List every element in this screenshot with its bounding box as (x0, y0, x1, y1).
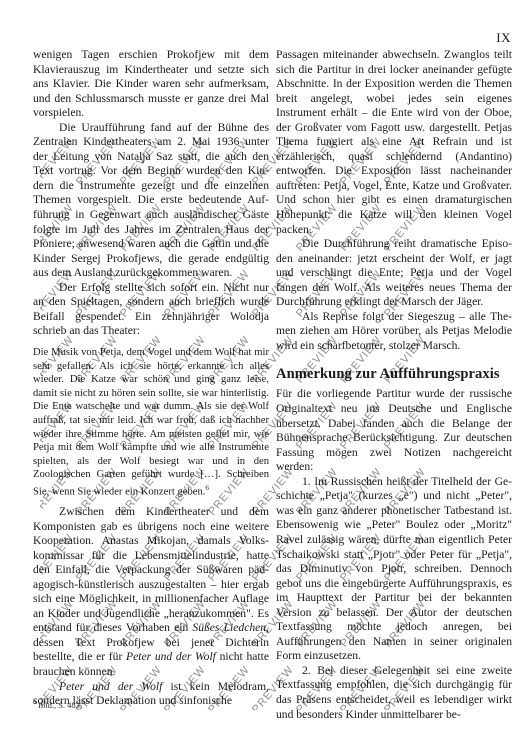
footnote-text: Ibid., S. 483. (36, 700, 82, 710)
body-paragraph: Die Durchführung reiht dramatische Episo… (276, 237, 512, 310)
block-quote: Die Musik von Petja, dem Vogel und dem W… (33, 346, 269, 499)
body-paragraph: Zwischen dem Kindertheater und dem Kompo… (33, 505, 269, 680)
body-paragraph: Die Uraufführung fand auf der Bühne des … (33, 121, 269, 281)
body-paragraph: Passagen miteinander abwechseln. Zwanglo… (276, 48, 512, 237)
body-paragraph: wenigen Tagen erschien Prokofjew mit dem… (33, 48, 269, 121)
work-title: Peter und der Wolf (126, 650, 216, 663)
body-paragraph: Der Erfolg stellte sich sofort ein. Nich… (33, 281, 269, 339)
text-run: Zwischen dem Kindertheater und dem Kompo… (33, 505, 269, 634)
body-paragraph: Als Reprise folgt der Siegeszug – alle T… (276, 310, 512, 354)
work-title: Peter und der Wolf (59, 680, 162, 693)
footnote: 6 Ibid., S. 483. (33, 700, 82, 710)
quote-text: Die Musik von Petja, dem Vogel und dem W… (33, 347, 269, 497)
body-paragraph: Für die vorliegende Partitur wurde der r… (276, 387, 512, 474)
work-title: Süßes Liedchen (192, 621, 266, 634)
right-column: Passagen miteinander abwechseln. Zwanglo… (276, 48, 512, 722)
section-heading: Anmerkung zur Aufführungspraxis (276, 365, 512, 383)
body-paragraph: 1. Im Russischen heißt der Titelheld der… (276, 475, 512, 664)
body-paragraph: 2. Bei dieser Gelegenheit sei eine zweit… (276, 664, 512, 722)
left-column: wenigen Tagen erschien Prokofjew mit dem… (33, 48, 269, 709)
footnote-marker: 6 (205, 484, 209, 492)
page-number: IX (496, 30, 511, 46)
